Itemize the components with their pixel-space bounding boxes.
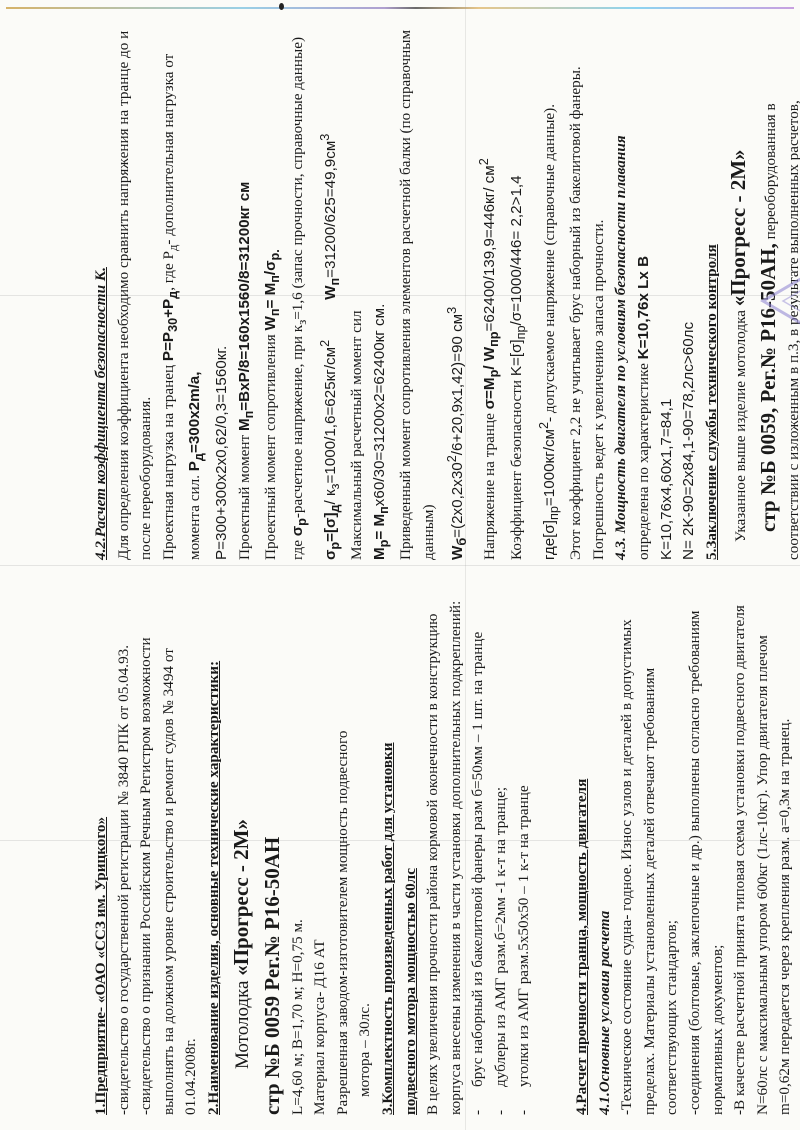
s3-item: -брус наборный из бакелитовой фанеры раз… [467, 575, 490, 1115]
s3-item: -дублеры из АМГ разм.б=2мм -1 к-т на тра… [490, 575, 513, 1115]
wb-line: Wб=(2х0,2х302/6+20,9х1,42)=90 см3 [441, 20, 474, 560]
moment-line: Проектный момент Mп=BхP/8=160х1560/8=312… [234, 20, 261, 560]
section-4-2-heading: 4.2.Расчет коэффициента безопасности К. [90, 20, 113, 560]
s42-intro: Для определения коэффициента необходимо … [113, 20, 158, 560]
otk-stamp-icon: ОТК им.Урицкого [755, 216, 800, 386]
boat-registration: стр №Б 0059 Рег.№ Р16-50АН [257, 575, 287, 1115]
s41-line: -Техническое состояние судна- годное. Из… [616, 575, 684, 1115]
s43-line: определена по характеристике K=10,76х Lх… [633, 20, 656, 560]
mp-line: Mр= Mпх60/30=31200х2=62400кг см. [369, 20, 396, 560]
section-4-1-heading: 4.1.Основные условия расчета [594, 575, 617, 1115]
s1-line: -свидетельство о признании Российским Ре… [135, 575, 203, 1115]
k-calc: K=10,76х4,60х1,7=84,1 [656, 20, 679, 560]
hull-material: Материал корпуса- Д16 АТ [309, 575, 332, 1115]
note: Этот коэффициент 2,2 не учитывает брус н… [565, 20, 610, 560]
where-line: где[σ]пр=1000кг/см2- допускаемое напряже… [533, 20, 566, 560]
s3-item-text: дублеры из АМГ разм.б=2мм -1 к-т на тран… [490, 787, 513, 1087]
boat-name: «Прогресс - 2М» [229, 819, 253, 976]
boat-title: Мотолодка «Прогресс - 2М» [226, 575, 257, 1115]
scan-dot [279, 3, 284, 10]
scan-edge-line [6, 7, 794, 9]
s41-line: -соединения (болтовые, заклепочные и др.… [684, 575, 729, 1115]
p-value: P=300+300х2х0,62/0,3=1560кг. [211, 20, 234, 560]
s3-text: В целях увеличения прочности района корм… [422, 575, 467, 1115]
n-calc: N= 2K-90=2х84,1-90=78,2лс>60лс [678, 20, 701, 560]
s1-line: -свидетельство о государственной регистр… [113, 575, 136, 1115]
allowed-power: мотора – 30лс. [354, 575, 377, 1115]
document-page: 1.Предприятие- «ОАО «ССЗ им. Урицкого» -… [90, 15, 800, 1115]
reduced-label: Приведенный момент сопротивления элемент… [395, 20, 440, 560]
load-line: Проектная нагрузка на транец P=P30+Pд, г… [158, 20, 211, 560]
section-1-heading: 1.Предприятие- «ОАО «ССЗ им. Урицкого» [90, 575, 113, 1115]
left-column: 1.Предприятие- «ОАО «ССЗ им. Урицкого» -… [90, 575, 800, 1115]
s3-item-text: брус наборный из бакелитовой фанеры разм… [467, 632, 490, 1087]
max-moment-label: Максимальный расчетный момент сил [346, 20, 369, 560]
section-4-heading: 4.Расчет прочности транца, мощность двиг… [571, 575, 594, 1115]
k-line: Коэффициент безопасности K=[σ]пр/σ=1000/… [506, 20, 533, 560]
boat-dimensions: L=4,60 м; B=1,70 м; H=0,75 м. [287, 575, 310, 1115]
section-4-3-heading: 4.3. Мощность двигателя по условиям безо… [610, 20, 633, 560]
s3-item: -уголки из АМГ разм.5х50х50 – 1 к-т на т… [513, 575, 536, 1115]
section-2-heading: 2.Наименование изделия, основные техниче… [203, 575, 226, 1115]
section-5-heading: 5.Заключение службы технического контрол… [701, 20, 724, 560]
boat-prefix: Мотолодка [232, 976, 253, 1097]
wmod-line: Проектный момент сопротивления Wп= Mп/σр… [260, 20, 287, 560]
right-column: 4.2.Расчет коэффициента безопасности К. … [90, 20, 800, 560]
section-3-heading: подвесного мотора мощностью 60лс [400, 575, 423, 1115]
allowed-power: Разрешенная заводом-изготовителем мощнос… [332, 575, 355, 1115]
s5-intro: Указанное выше изделие мотолодка «Прогре… [723, 20, 753, 560]
sigma-calc: σр=[σ]д/ кз=1000/1,6=625кг/см2Wп=31200/6… [314, 20, 347, 560]
stress-line: Напряжение на транце σ=Mр/ Wпр=62400/139… [473, 20, 506, 560]
sigma-def: где σр-расчетное напряжение, при кз=1,6 … [287, 20, 314, 560]
s3-item-text: уголки из АМГ разм.5х50х50 – 1 к-т на тр… [513, 785, 536, 1087]
section-3-heading: 3.Комплектность произведенных работ для … [377, 575, 400, 1115]
s41-line: -В качестве расчетной принята типовая сх… [729, 575, 797, 1115]
